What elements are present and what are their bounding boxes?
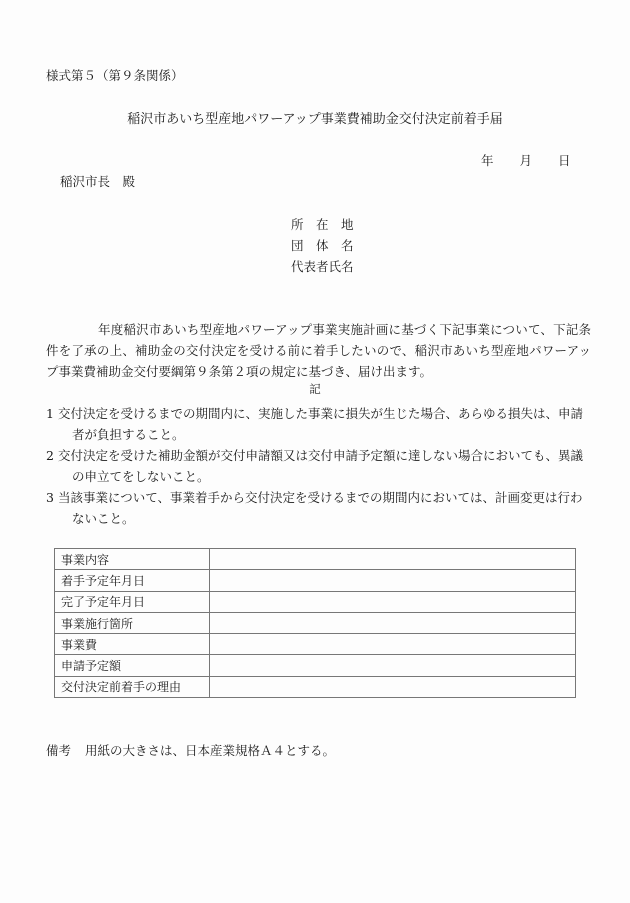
remarks-label: 備考	[46, 743, 71, 758]
body-paragraph: 年度稲沢市あいち型産地パワーアップ事業実施計画に基づく下記事業について、下記条件…	[46, 319, 591, 382]
row-value-project-cost[interactable]	[210, 634, 576, 655]
row-label-location: 事業施行箇所	[55, 612, 210, 633]
date-year: 年	[481, 151, 494, 169]
form-number: 様式第５（第９条関係）	[46, 66, 184, 84]
row-value-completion-date[interactable]	[210, 591, 576, 612]
table-row: 事業内容	[55, 549, 576, 570]
row-label-project-content: 事業内容	[55, 549, 210, 570]
ki-heading: 記	[0, 381, 630, 397]
table-row: 事業施行箇所	[55, 612, 576, 633]
row-label-completion-date: 完了予定年月日	[55, 591, 210, 612]
table-row: 申請予定額	[55, 655, 576, 676]
date-day: 日	[558, 151, 571, 169]
conditions-list: 1 交付決定を受けるまでの期間内に、実施した事業に損失が生じた場合、あらゆる損失…	[46, 403, 591, 529]
condition-text: 交付決定を受けるまでの期間内に、実施した事業に損失が生じた場合、あらゆる損失は、…	[58, 403, 591, 445]
document-title: 稲沢市あいち型産地パワーアップ事業費補助金交付決定前着手届	[0, 108, 630, 127]
table-row: 交付決定前着手の理由	[55, 676, 576, 697]
applicant-organization-label: 団 体 名	[291, 235, 354, 256]
row-label-project-cost: 事業費	[55, 634, 210, 655]
date-line: 年月日	[481, 151, 571, 169]
project-info-table: 事業内容 着手予定年月日 完了予定年月日 事業施行箇所 事業費 申請予定額 交付…	[54, 548, 576, 698]
condition-text: 交付決定を受けた補助金額が交付申請額又は交付申請予定額に達しない場合においても、…	[58, 445, 591, 487]
condition-item: 2 交付決定を受けた補助金額が交付申請額又は交付申請予定額に達しない場合において…	[46, 445, 591, 487]
table-row: 事業費	[55, 634, 576, 655]
row-value-project-content[interactable]	[210, 549, 576, 570]
condition-item: 1 交付決定を受けるまでの期間内に、実施した事業に損失が生じた場合、あらゆる損失…	[46, 403, 591, 445]
addressee: 稲沢市長 殿	[60, 172, 135, 190]
remarks-text: 用紙の大きさは、日本産業規格Ａ４とする。	[85, 743, 335, 758]
applicant-address-label: 所 在 地	[291, 214, 354, 235]
row-value-start-date[interactable]	[210, 570, 576, 591]
table-row: 完了予定年月日	[55, 591, 576, 612]
row-label-application-amount: 申請予定額	[55, 655, 210, 676]
row-value-application-amount[interactable]	[210, 655, 576, 676]
date-month: 月	[520, 151, 533, 169]
table-row: 着手予定年月日	[55, 570, 576, 591]
applicant-block: 所 在 地 団 体 名 代表者氏名	[291, 214, 354, 277]
applicant-representative-label: 代表者氏名	[291, 256, 354, 277]
remarks: 備考用紙の大きさは、日本産業規格Ａ４とする。	[46, 741, 335, 759]
row-value-reason[interactable]	[210, 676, 576, 697]
row-value-location[interactable]	[210, 612, 576, 633]
condition-item: 3 当該事業について、事業着手から交付決定を受けるまでの期間内においては、計画変…	[46, 487, 591, 529]
row-label-start-date: 着手予定年月日	[55, 570, 210, 591]
condition-text: 当該事業について、事業着手から交付決定を受けるまでの期間内においては、計画変更は…	[58, 487, 591, 529]
row-label-reason: 交付決定前着手の理由	[55, 676, 210, 697]
